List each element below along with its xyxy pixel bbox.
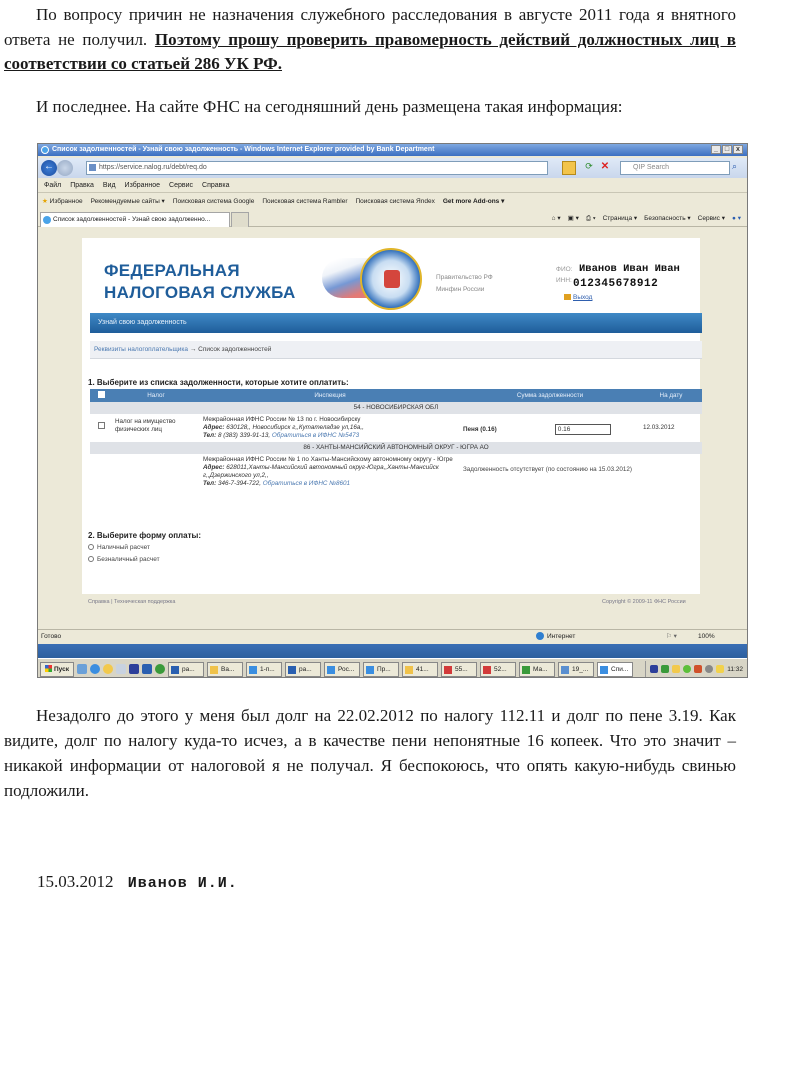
radio-icon [88, 556, 94, 562]
logout-link[interactable]: Выход [564, 294, 592, 301]
favorites-label: Избранное [50, 198, 83, 205]
region-name: 86 - ХАНТЫ-МАНСИЙСКИЙ АВТОНОМНЫЙ ОКРУГ -… [90, 442, 702, 454]
tray-office-icon[interactable] [694, 665, 702, 673]
paragraph-investigation: По вопросу причин не назначения служебно… [4, 3, 736, 77]
task-button-active[interactable]: Спи... [597, 662, 633, 677]
stop-icon[interactable]: ✕ [598, 161, 612, 175]
task-button[interactable]: 41... [402, 662, 438, 677]
debt-checkbox[interactable] [98, 422, 105, 429]
table-row: Налог на имущество физических лиц Межрай… [90, 414, 702, 442]
brand-line-2: НАЛОГОВАЯ СЛУЖБА [104, 282, 296, 304]
print-icon[interactable]: ⎙ ▾ [586, 212, 596, 226]
fns-page: ФЕДЕРАЛЬНАЯ НАЛОГОВАЯ СЛУЖБА Правительст… [82, 238, 700, 594]
favorites-button[interactable]: ★ Избранное [42, 194, 83, 210]
tray-lang-icon[interactable] [650, 665, 658, 673]
status-bar: Готово Интернет ⚐ ▾ 100% [38, 629, 747, 643]
gov-link-government[interactable]: Правительство РФ [436, 272, 493, 284]
menu-view[interactable]: Вид [103, 179, 116, 192]
tray-icon[interactable] [661, 665, 669, 673]
inn-label: ИНН: [556, 275, 572, 286]
quicklaunch-desktop-icon[interactable] [77, 664, 87, 674]
address-label: Адрес: [203, 424, 224, 431]
breadcrumb: Реквизиты налогоплательщика → Список зад… [90, 341, 702, 359]
menu-favorites[interactable]: Избранное [125, 179, 160, 192]
menu-help[interactable]: Справка [202, 179, 229, 192]
debts-table: Налог Инспекция Сумма задолженности На д… [90, 389, 702, 490]
paragraph-text: Незадолго до этого у меня был долг на 22… [4, 706, 736, 800]
search-input[interactable]: QIP Search [620, 161, 730, 175]
fav-yandex[interactable]: Поисковая система Яndex [355, 194, 434, 210]
menu-edit[interactable]: Правка [70, 179, 94, 192]
paragraph-debt-explanation: Незадолго до этого у меня был долг на 22… [4, 703, 736, 803]
cmd-security[interactable]: Безопасность ▾ [644, 212, 691, 226]
desktop-strip [38, 644, 747, 658]
ie-logo-icon [41, 146, 49, 154]
inspection-name: Межрайонная ИФНС России № 13 по г. Новос… [203, 416, 457, 424]
copyright: Copyright © 2009-11 ФНС России [602, 599, 686, 605]
menu-tools[interactable]: Сервис [169, 179, 193, 192]
address-label: Адрес: [203, 464, 224, 471]
debt-date: 12.03.2012 [640, 414, 702, 442]
cmd-page[interactable]: Страница ▾ [603, 212, 638, 226]
col-tax: Налог [112, 389, 200, 402]
address-row: https://service.nalog.ru/debt/req.do ⟳ ✕… [38, 158, 747, 178]
step2-title: 2. Выберите форму оплаты: [88, 531, 201, 540]
payment-cash-label: Наличный расчет [97, 544, 150, 551]
fav-suggested-sites[interactable]: Рекомендуемые сайты ▾ [91, 194, 165, 210]
quicklaunch-files-icon[interactable] [116, 664, 126, 674]
lock-icon[interactable] [562, 161, 576, 175]
inspection-address: 628011,Ханты-Мансийский автономный округ… [203, 464, 439, 479]
phone-label: Тел: [203, 432, 216, 439]
table-row: Межрайонная ИФНС России № 1 по Ханты-Ман… [90, 454, 702, 490]
contact-link[interactable]: Обратиться в ИФНС №5473 [272, 432, 359, 439]
tray-icon[interactable] [672, 665, 680, 673]
tray-shield-icon[interactable] [716, 665, 724, 673]
task-button[interactable]: 55... [441, 662, 477, 677]
window-title: Список задолженностей - Узнай свою задол… [52, 146, 434, 153]
inspection-address: 630128,, Новосибирск г,,Кутателадзе ул,1… [226, 424, 364, 431]
breadcrumb-current: Список задолженностей [198, 346, 271, 353]
payment-cash-radio[interactable]: Наличный расчет [88, 544, 150, 551]
brand-line-1: ФЕДЕРАЛЬНАЯ [104, 260, 296, 282]
minimize-button[interactable]: _ [711, 145, 721, 154]
taskbar: Пуск pa... Ва... 1-п... pa... Рос... Пр.… [38, 658, 747, 678]
col-inspection: Инспекция [200, 389, 460, 402]
user-labels: ФИО: ИНН: [556, 264, 572, 286]
status-text: Готово [41, 633, 61, 640]
fav-addons[interactable]: Get more Add-ons ▾ [443, 194, 505, 210]
signature-date: 15.03.2012 [37, 872, 114, 891]
contact-link[interactable]: Обратиться в ИФНС №8601 [263, 480, 350, 487]
new-tab-button[interactable] [231, 212, 249, 227]
fns-emblem-icon [322, 248, 430, 310]
help-icon[interactable]: ● ▾ [732, 212, 741, 226]
task-button[interactable]: pa... [168, 662, 204, 677]
payment-cashless-label: Безналичный расчет [97, 556, 160, 563]
security-zone: Интернет [536, 630, 575, 644]
tray-icon[interactable] [705, 665, 713, 673]
step1-title: 1. Выберите из списка задолженности, кот… [88, 378, 349, 387]
inspection-phone: 8 (383) 339-91-13, [218, 432, 270, 439]
debt-status: Задолженность отсутствует (по состоянию … [460, 454, 640, 490]
cmd-tools[interactable]: Сервис ▾ [698, 212, 725, 226]
service-banner: Узнай свою задолженность [90, 313, 702, 333]
inspection-cell: Межрайонная ИФНС России № 13 по г. Новос… [200, 414, 460, 442]
region-row: 86 - ХАНТЫ-МАНСИЙСКИЙ АВТОНОМНЫЙ ОКРУГ -… [90, 442, 702, 454]
col-date: На дату [640, 389, 702, 402]
signature-name: Иванов И.И. [128, 875, 238, 892]
home-icon[interactable]: ⌂ ▾ [552, 212, 561, 226]
search-icon[interactable]: ⌕ [732, 161, 746, 175]
fio-label: ФИО: [556, 264, 572, 275]
footer-links[interactable]: Справка | Техническая поддержка [88, 599, 175, 605]
quicklaunch-green-icon[interactable] [155, 664, 165, 674]
col-amount: Сумма задолженности [460, 389, 640, 402]
quicklaunch-save-icon[interactable] [129, 664, 139, 674]
user-inn: 012345678912 [573, 278, 658, 290]
system-tray: 11:32 [645, 661, 747, 678]
quicklaunch-messenger-icon[interactable] [103, 664, 113, 674]
tab-debts[interactable]: Список задолженностей - Узнай свою задол… [40, 212, 230, 227]
task-button[interactable]: 19_... [558, 662, 594, 677]
browser-viewport: ФЕДЕРАЛЬНАЯ НАЛОГОВАЯ СЛУЖБА Правительст… [42, 228, 740, 628]
tax-name: Налог на имущество физических лиц [112, 414, 200, 442]
user-fio: Иванов Иван Иван [579, 263, 680, 275]
favorites-bar: ★ Избранное Рекомендуемые сайты ▾ Поиско… [38, 194, 747, 210]
fav-google[interactable]: Поисковая система Google [173, 194, 255, 210]
inspection-name: Межрайонная ИФНС России № 1 по Ханты-Ман… [203, 456, 457, 464]
task-button[interactable]: 52... [480, 662, 516, 677]
inspection-cell: Межрайонная ИФНС России № 1 по Ханты-Ман… [200, 454, 460, 490]
window-titlebar: Список задолженностей - Узнай свою задол… [38, 144, 747, 156]
fns-brand: ФЕДЕРАЛЬНАЯ НАЛОГОВАЯ СЛУЖБА [104, 260, 296, 304]
region-row: 54 - НОВОСИБИРСКАЯ ОБЛ [90, 402, 702, 414]
address-bar[interactable]: https://service.nalog.ru/debt/req.do [86, 161, 548, 175]
task-button[interactable]: Пр... [363, 662, 399, 677]
task-button[interactable]: Ва... [207, 662, 243, 677]
tray-icon[interactable] [683, 665, 691, 673]
refresh-icon[interactable]: ⟳ [582, 161, 596, 175]
task-button[interactable]: pa... [285, 662, 321, 677]
zoom-level[interactable]: 100% [698, 630, 715, 644]
task-button[interactable]: Рос... [324, 662, 360, 677]
amount-input[interactable]: 0.16 [555, 424, 611, 435]
menu-file[interactable]: Файл [44, 179, 61, 192]
command-bar: ⌂ ▾ ▣ ▾ ⎙ ▾ Страница ▾ Безопасность ▾ Се… [552, 212, 741, 226]
radio-icon [88, 544, 94, 550]
breadcrumb-separator: → [190, 346, 197, 353]
task-button[interactable]: Ма... [519, 662, 555, 677]
feeds-icon[interactable]: ▣ ▾ [568, 212, 579, 226]
amount-label: Пеня (0.16) [463, 416, 553, 434]
signature: 15.03.2012 Иванов И.И. [37, 872, 238, 892]
payment-cashless-radio[interactable]: Безналичный расчет [88, 556, 160, 563]
menu-bar: Файл Правка Вид Избранное Сервис Справка [38, 179, 747, 193]
region-name: 54 - НОВОСИБИРСКАЯ ОБЛ [90, 402, 702, 414]
phone-label: Тел: [203, 480, 216, 487]
forward-button[interactable] [57, 160, 73, 176]
protected-mode-icon[interactable]: ⚐ ▾ [666, 630, 677, 644]
back-button[interactable] [41, 160, 57, 176]
close-button[interactable]: x [733, 145, 743, 154]
breadcrumb-link[interactable]: Реквизиты налогоплательщика [94, 346, 188, 353]
quicklaunch-app-icon[interactable] [142, 664, 152, 674]
browser-screenshot: Список задолженностей - Узнай свою задол… [37, 143, 748, 678]
quicklaunch-ie-icon[interactable] [90, 664, 100, 674]
clock: 11:32 [727, 666, 743, 673]
task-button[interactable]: 1-п... [246, 662, 282, 677]
fav-rambler[interactable]: Поисковая система Rambler [262, 194, 347, 210]
gov-link-minfin[interactable]: Минфин России [436, 284, 493, 296]
star-icon: ★ [42, 198, 48, 205]
gov-links: Правительство РФ Минфин России [436, 272, 493, 296]
start-button[interactable]: Пуск [40, 662, 74, 677]
paragraph-fns-info: И последнее. На сайте ФНС на сегодняшний… [36, 95, 736, 120]
inspection-phone: 346-7-394-722, [218, 480, 261, 487]
maximize-button[interactable]: □ [722, 145, 732, 154]
select-all-checkbox[interactable] [98, 391, 105, 398]
amount-cell: Пеня (0.16) 0.16 [460, 414, 640, 442]
